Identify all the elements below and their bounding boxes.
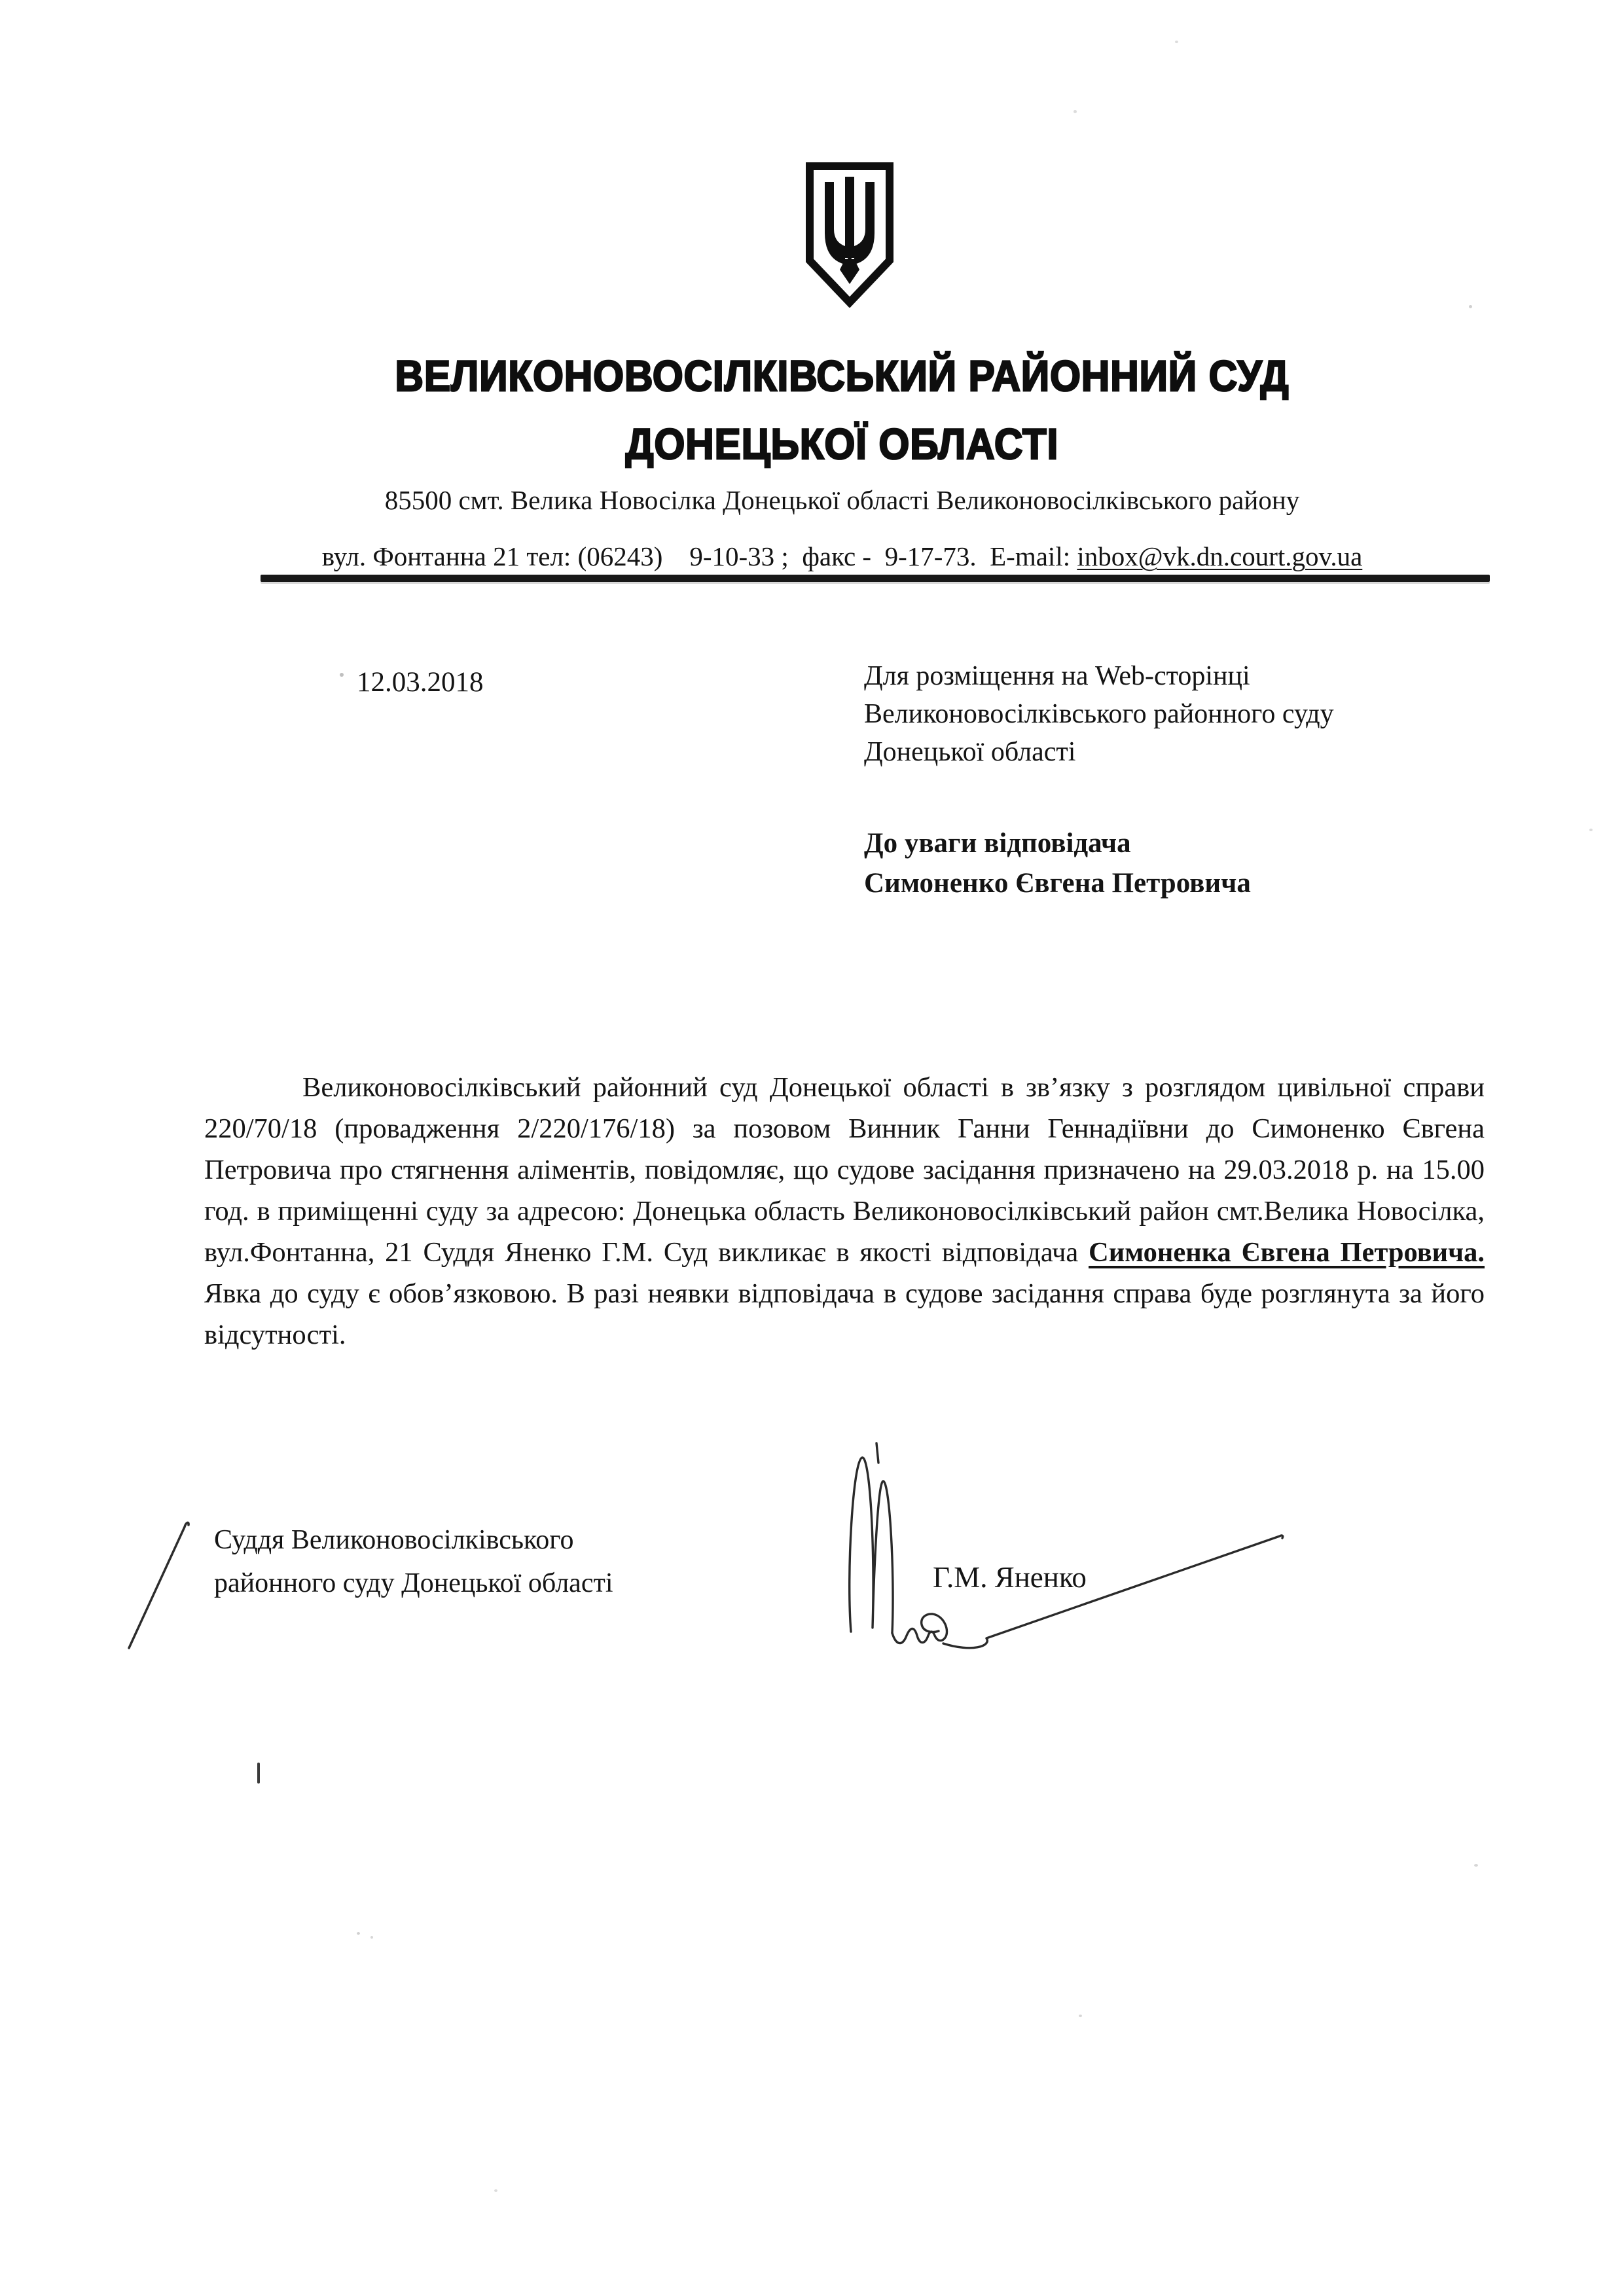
judge-role-block: Суддя Великоновосілківського районного с… [214, 1518, 613, 1605]
respondent-name-highlight: Симоненка Євгена Петровича. [1089, 1237, 1485, 1268]
scan-speck [370, 1936, 373, 1939]
scan-speck [494, 2189, 497, 2192]
ukraine-trident-emblem [803, 161, 896, 308]
scan-speck [1469, 305, 1472, 308]
web-posting-line1: Для розміщення на Web-сторінці [864, 657, 1334, 695]
court-name-line1: ВЕЛИКОНОВОСІЛКІВСЬКИЙ РАЙОННИЙ СУД [84, 352, 1600, 401]
scan-speck [357, 1932, 360, 1935]
scan-speck [1074, 110, 1077, 113]
letter-date: 12.03.2018 [357, 666, 484, 698]
web-posting-line2: Великоновосілківського районного суду [864, 695, 1334, 733]
judge-role-line2: районного суду Донецької області [214, 1562, 613, 1605]
scan-speck [340, 673, 344, 677]
header-divider [261, 575, 1490, 582]
court-address-line1: 85500 смт. Велика Новосілка Донецької об… [60, 484, 1624, 516]
scan-speck [1589, 829, 1593, 831]
letter-body: Великоновосілківський районний суд Донец… [204, 1067, 1485, 1355]
web-posting-block: Для розміщення на Web-сторінці Великонов… [864, 657, 1334, 771]
judge-signature [821, 1417, 1293, 1666]
attention-line1: До уваги відповідача [864, 823, 1251, 863]
attention-line2: Симоненко Євгена Петровича [864, 863, 1251, 903]
court-contacts: вул. Фонтанна 21 тел: (06243) 9-10-33 ; … [322, 541, 1077, 571]
web-posting-line3: Донецької області [864, 733, 1334, 771]
pen-slash-mark [121, 1517, 193, 1658]
court-email: inbox@vk.dn.court.gov.ua [1077, 541, 1362, 571]
trident-shield-icon [803, 161, 896, 308]
court-name-line2: ДОНЕЦЬКОЇ ОБЛАСТІ [84, 420, 1600, 469]
body-text-part2: Явка до суду є обов’язковою. В разі неяв… [204, 1278, 1485, 1350]
court-address-line2: вул. Фонтанна 21 тел: (06243) 9-10-33 ; … [60, 541, 1624, 572]
scan-speck [1175, 41, 1178, 43]
scanned-court-letter: ВЕЛИКОНОВОСІЛКІВСЬКИЙ РАЙОННИЙ СУД ДОНЕЦ… [0, 0, 1624, 2296]
judge-role-line1: Суддя Великоновосілківського [214, 1518, 613, 1562]
scan-speck [1079, 2015, 1082, 2017]
attention-block: До уваги відповідача Симоненко Євгена Пе… [864, 823, 1251, 903]
scan-tick-mark [257, 1763, 260, 1784]
judge-name: Г.М. Яненко [933, 1560, 1087, 1594]
scan-speck [1474, 1864, 1478, 1867]
